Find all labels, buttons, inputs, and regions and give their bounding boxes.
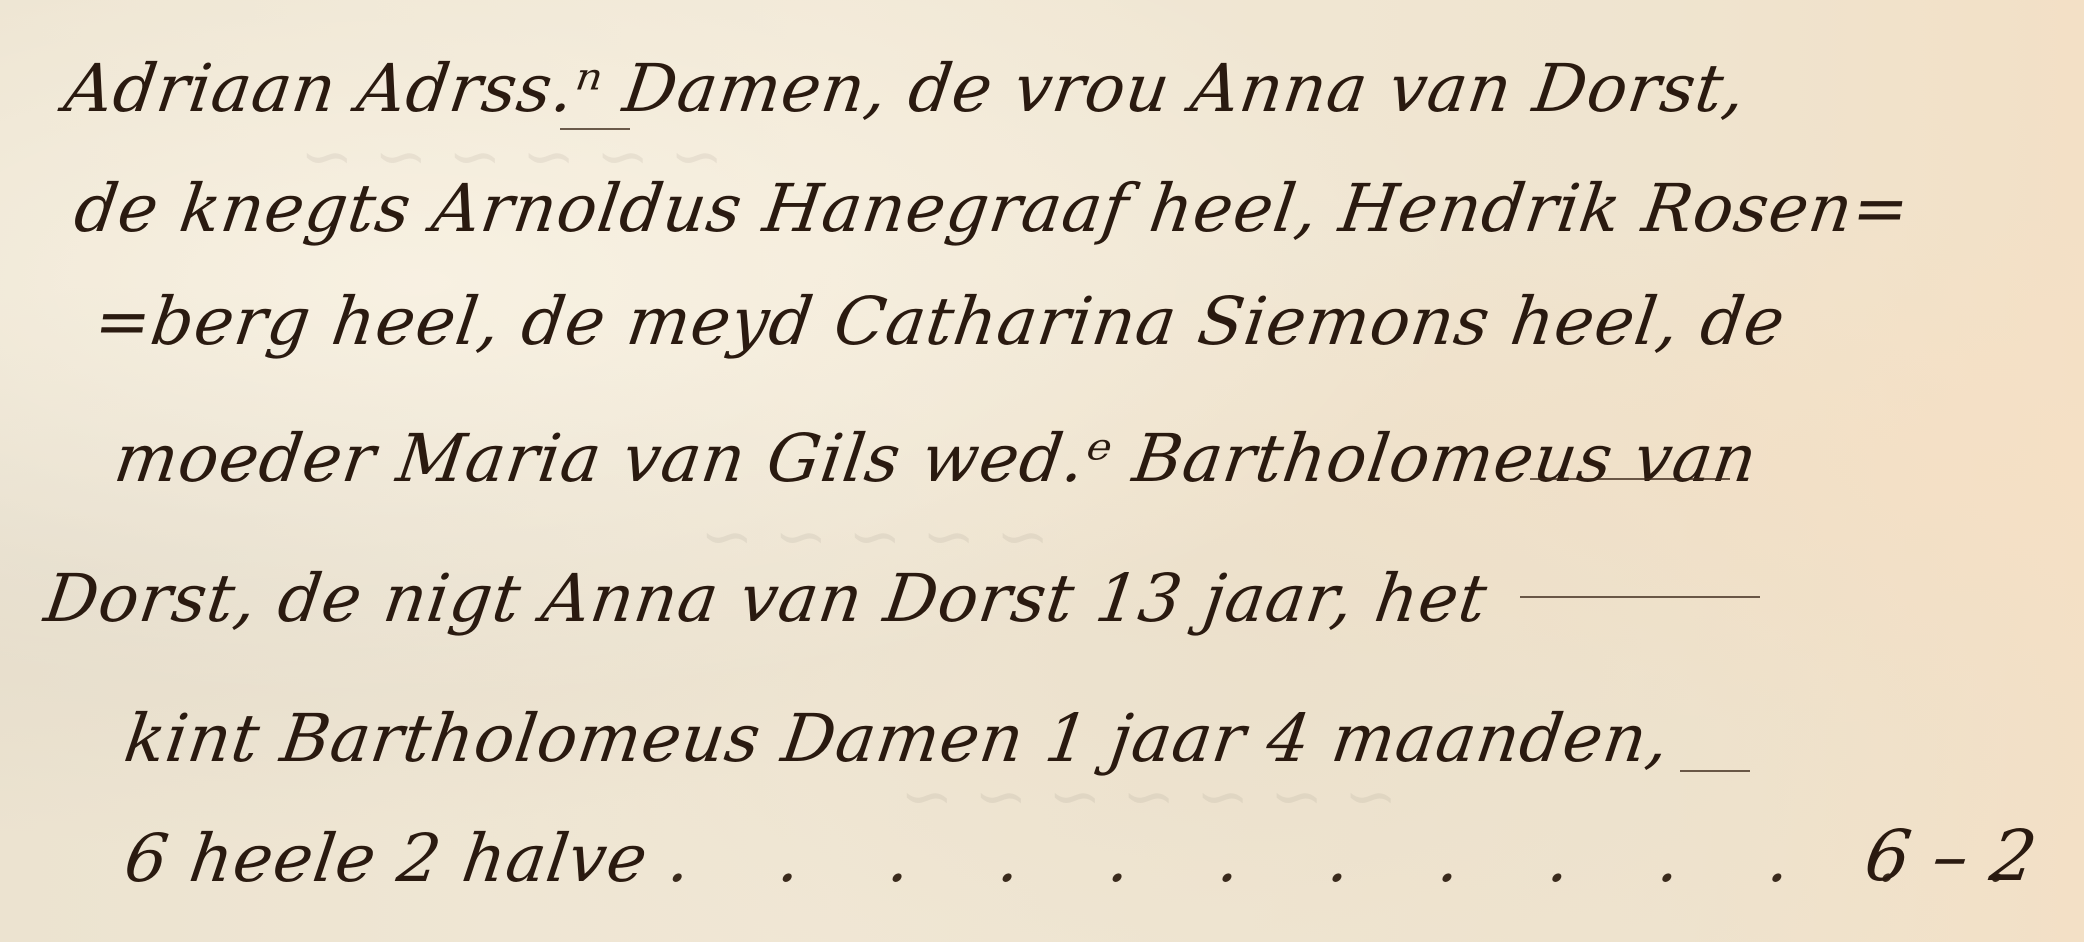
manuscript-line-3: =berg heel, de meyd Catharina Siemons he…	[90, 283, 1790, 360]
tally-separator: –	[1928, 815, 1976, 897]
manuscript-line-7: 6 heele 2 halve . . . . . . . . . . . . …	[120, 820, 2084, 897]
line-text: =berg heel, de meyd Catharina Siemons he…	[90, 283, 1790, 360]
line-text: de knegts Arnoldus Hanegraaf heel, Hendr…	[70, 170, 1915, 247]
line-text: kint Bartholomeus Damen 1 jaar 4 maanden…	[120, 700, 1675, 777]
line-text: Dorst, de nigt Anna van Dorst 13 jaar, h…	[40, 560, 1492, 637]
flourish-underline	[560, 128, 630, 130]
manuscript-line-2: de knegts Arnoldus Hanegraaf heel, Hendr…	[70, 170, 1915, 247]
manuscript-page: Adriaan Adrss.ⁿ Damen, de vrou Anna van …	[0, 0, 2084, 942]
manuscript-line-6: kint Bartholomeus Damen 1 jaar 4 maanden…	[120, 700, 1675, 777]
tally-total: 6 – 2	[1860, 815, 2043, 897]
line-text: Adriaan Adrss.ⁿ Damen, de vrou Anna van …	[60, 50, 1751, 127]
manuscript-line-1: Adriaan Adrss.ⁿ Damen, de vrou Anna van …	[60, 50, 1751, 127]
flourish-underline	[1530, 478, 1730, 480]
line-text: moeder Maria van Gils wed.ᵉ Bartholomeus…	[110, 420, 1762, 497]
manuscript-line-5: Dorst, de nigt Anna van Dorst 13 jaar, h…	[40, 560, 1492, 637]
manuscript-line-4: moeder Maria van Gils wed.ᵉ Bartholomeus…	[110, 420, 1762, 497]
line-text: 6 heele 2 halve	[120, 820, 653, 897]
flourish-underline	[1520, 596, 1760, 598]
flourish-underline	[1680, 770, 1750, 772]
